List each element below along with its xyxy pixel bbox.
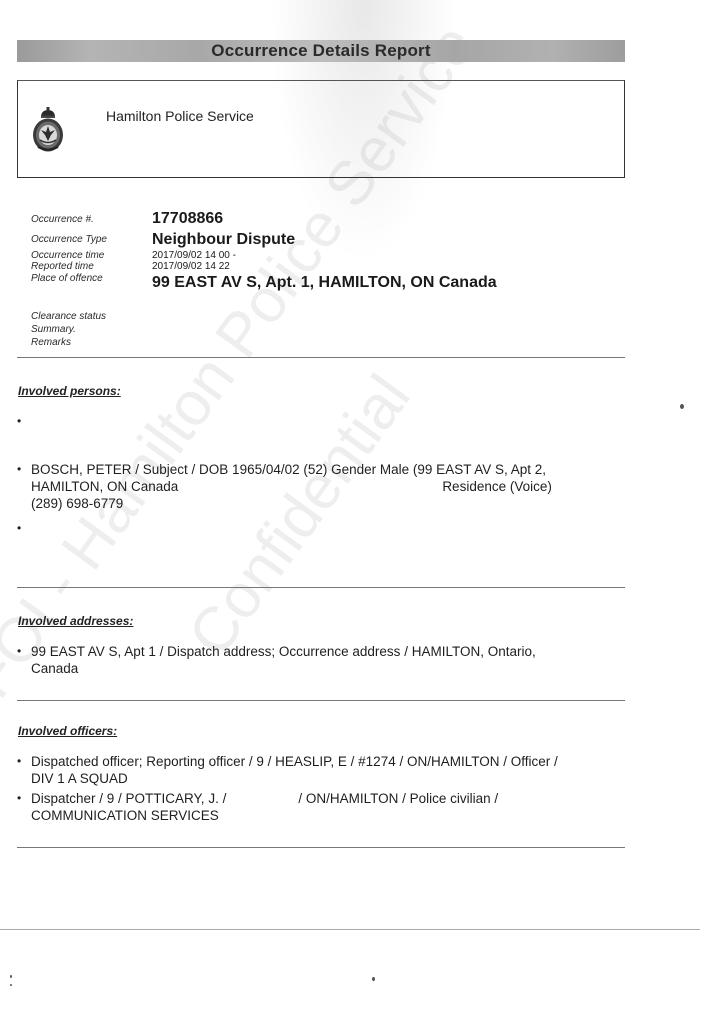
field-label: Reported time xyxy=(31,261,94,272)
involved-officers-heading: Involved officers: xyxy=(18,724,117,738)
report-title: Occurrence Details Report xyxy=(211,41,430,61)
agency-header-box: Hamilton Police Service xyxy=(17,80,625,178)
list-item xyxy=(18,413,618,461)
field-label: Remarks xyxy=(31,337,71,348)
involved-addresses-heading: Involved addresses: xyxy=(18,614,133,628)
involved-addresses-list: 99 EAST AV S, Apt 1 / Dispatch address; … xyxy=(18,643,618,677)
place-of-offence-value: 99 EAST AV S, Apt. 1, HAMILTON, ON Canad… xyxy=(152,274,497,292)
officer-line-2: DIV 1 A SQUAD xyxy=(31,771,128,786)
officer-line-2: COMMUNICATION SERVICES xyxy=(31,808,219,823)
scan-speck xyxy=(372,977,375,981)
police-crest-icon xyxy=(32,107,64,153)
list-item: BOSCH, PETER / Subject / DOB 1965/04/02 … xyxy=(18,461,618,520)
officer-line-1-left: Dispatcher / 9 / POTTICARY, J. / xyxy=(31,791,226,806)
involved-persons-list: BOSCH, PETER / Subject / DOB 1965/04/02 … xyxy=(18,413,618,520)
reported-time-value: 2017/09/02 14 22 xyxy=(152,261,230,272)
involved-officers-list: Dispatched officer; Reporting officer / … xyxy=(18,753,618,824)
list-item: 99 EAST AV S, Apt 1 / Dispatch address; … xyxy=(18,643,618,677)
field-label: Occurrence time xyxy=(31,250,104,261)
address-line-2: Canada xyxy=(31,661,78,676)
divider xyxy=(17,587,625,588)
report-title-bar: Occurrence Details Report xyxy=(17,40,625,62)
agency-name: Hamilton Police Service xyxy=(106,108,254,124)
report-page: FOI - Hamilton Police Service Confidenti… xyxy=(0,0,726,1023)
divider xyxy=(17,357,625,358)
occurrence-time-value: 2017/09/02 14 00 - xyxy=(152,250,236,261)
divider xyxy=(17,847,625,848)
person-line-2: HAMILTON, ON Canada xyxy=(31,479,178,494)
field-label: Summary. xyxy=(31,324,76,335)
involved-persons-heading: Involved persons: xyxy=(18,384,121,398)
list-item: Dispatched officer; Reporting officer / … xyxy=(18,753,618,787)
field-label: Occurrence #. xyxy=(31,214,94,225)
officer-line-1-right: / ON/HAMILTON / Police civilian / xyxy=(298,791,498,806)
officer-line-1: Dispatched officer; Reporting officer / … xyxy=(31,754,558,769)
occurrence-type-value: Neighbour Dispute xyxy=(152,231,295,249)
list-item: Dispatcher / 9 / POTTICARY, J. // ON/HAM… xyxy=(18,790,618,824)
divider xyxy=(17,700,625,701)
field-label: Place of offence xyxy=(31,273,103,284)
scan-speck xyxy=(680,404,684,409)
person-contact-type: Residence (Voice) xyxy=(442,479,552,494)
field-label: Clearance status xyxy=(31,311,106,322)
field-label: Occurrence Type xyxy=(31,234,107,245)
scan-speck xyxy=(10,984,12,986)
scan-edge-line xyxy=(0,929,700,930)
scan-speck xyxy=(10,975,12,978)
person-phone: (289) 698-6779 xyxy=(31,496,123,511)
person-line-1: BOSCH, PETER / Subject / DOB 1965/04/02 … xyxy=(31,462,546,477)
address-line-1: 99 EAST AV S, Apt 1 / Dispatch address; … xyxy=(31,644,536,659)
occurrence-number-value: 17708866 xyxy=(152,210,223,228)
